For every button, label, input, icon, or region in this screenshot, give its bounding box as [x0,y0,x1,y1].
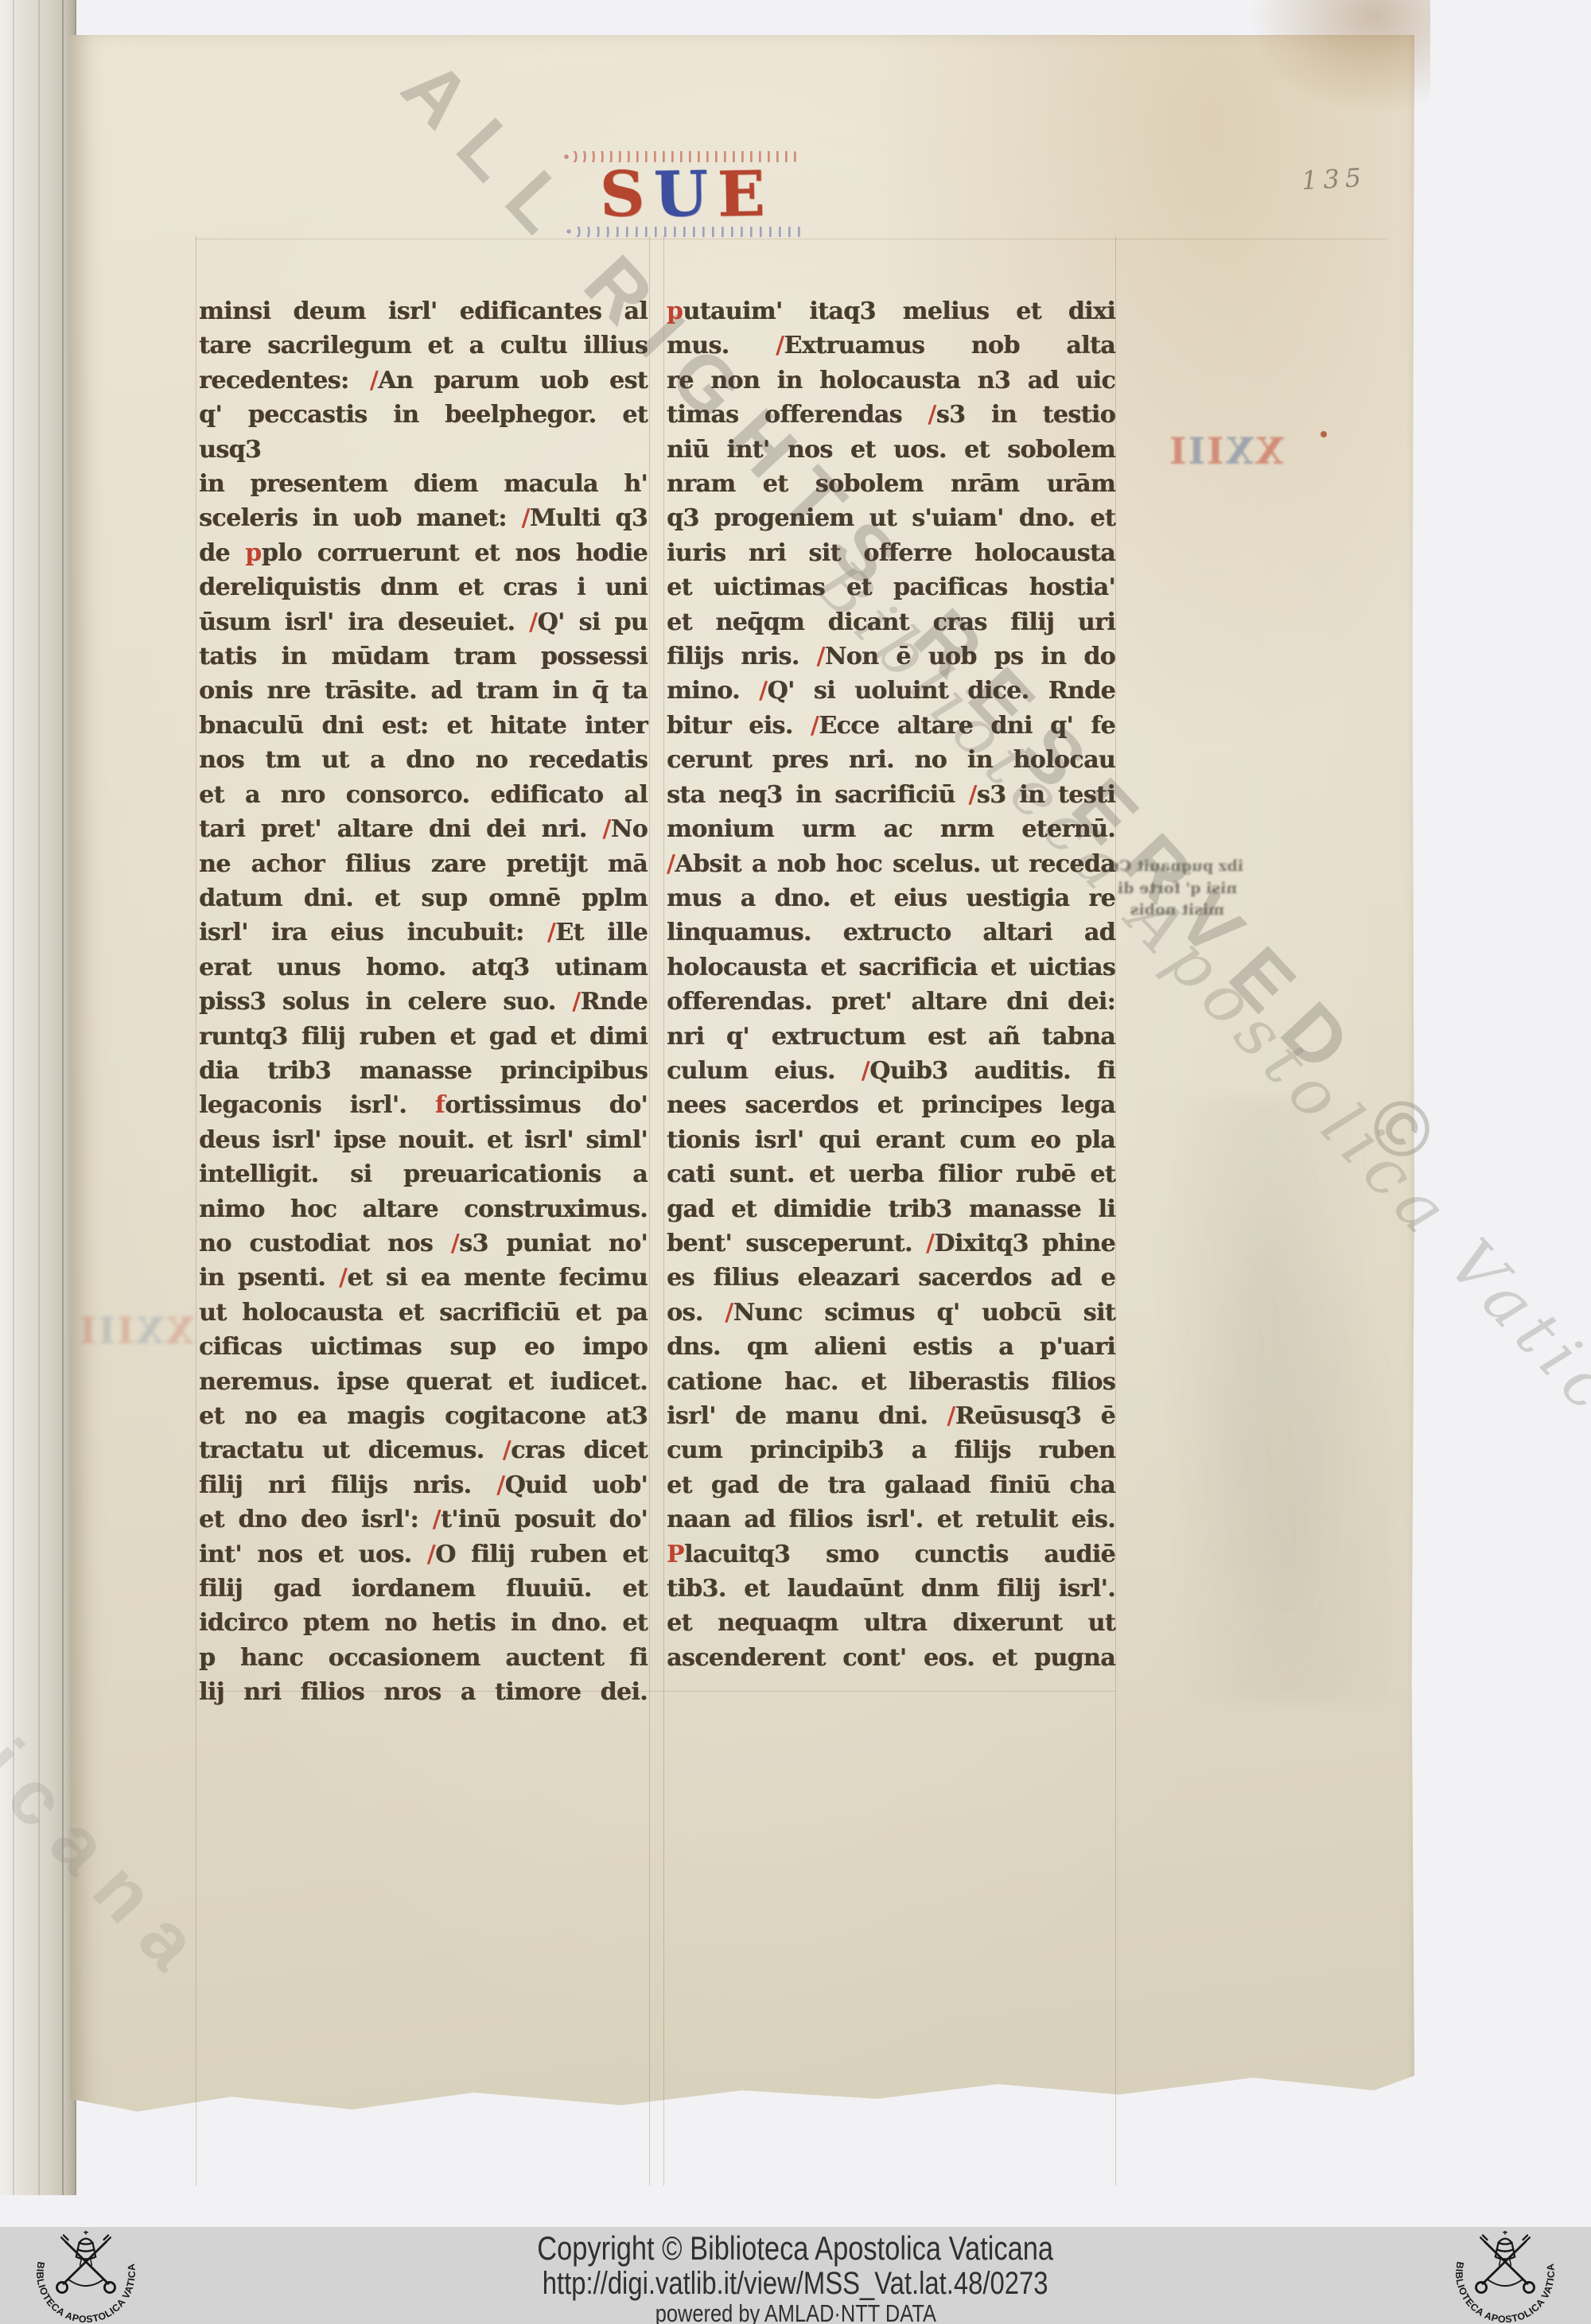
ruling-line [663,235,664,2186]
gloss-line: ibz pugnauit Cr [1107,856,1247,878]
ruling-line [1115,235,1116,2186]
manuscript-line: offerendas. pret' altare dni dei: [667,985,1115,1019]
manuscript-line: onis nre trāsite. ad tram in q̄ ta [199,674,648,708]
manuscript-line: et dno deo isrl': ∕t'inū posuit do' [199,1502,648,1537]
ruling-line [649,235,650,2186]
footer-url: http://digi.vatlib.it/view/MSS_Vat.lat.4… [0,2267,1591,2300]
manuscript-line: dereliquistis dnm et cras i uni [199,570,648,604]
manuscript-line: bnaculū dni est: et hitate inter [199,709,648,743]
manuscript-line: deus isrl' ipse nouit. et isrl' siml' [199,1123,648,1157]
logo-arc-text: BIBLIOTECA APOSTOLICA VATICANA [1453,2261,1557,2322]
running-title-letter: S [594,163,650,226]
gutter-crease [38,0,40,2195]
numeral-letter: X [164,1309,194,1352]
manuscript-line: nos tm ut a dno no recedatis [199,743,648,777]
manuscript-line: mus. ∕Extruamus nob alta [667,328,1115,363]
manuscript-line: int' nos et uos. ∕O filij ruben et [199,1537,648,1572]
manuscript-line: in presentem diem macula h' [199,467,648,501]
manuscript-line: dia trib3 manasse principibus [199,1054,648,1088]
manuscript-line: legaconis isrl'. fortissimus do' [199,1088,648,1122]
manuscript-line: cificas uictimas sup eo impo [199,1330,648,1364]
svg-text:BIBLIOTECA APOSTOLICA VATICANA: BIBLIOTECA APOSTOLICA VATICANA [1453,2261,1557,2322]
manuscript-line: datum dni. et sup omnē pplm [199,881,648,915]
manuscript-line: putauim' itaq3 melius et dixi [667,294,1115,328]
numeral-letter: I [78,1309,97,1352]
manuscript-line: cum principib3 a filijs ruben [667,1433,1115,1467]
manuscript-scan-page: ALL RIGHTS RESERVED © Biblioteca Apostol… [0,0,1591,2324]
manuscript-line: et a nro consorco. edificato al [199,778,648,812]
manuscript-line: et neq̄qm dicant cras filij uri [667,605,1115,639]
manuscript-line: nimo hoc altare construximus. [199,1192,648,1226]
manuscript-line: ut holocausta et sacrificiū et pa [199,1296,648,1330]
ruling-line [196,235,196,2186]
numeral-letter: I [97,1309,116,1352]
manuscript-line: os. ∕Nunc scimus q' uobcū sit [667,1296,1115,1330]
gutter-crease [62,0,64,2195]
manuscript-line: sta neq3 in sacrificiū ∕s3 in testi [667,778,1115,812]
marginal-gloss-showthrough: ibz pugnauit Crnisi q' forte dimisit nob… [1107,856,1247,922]
numeral-letter: I [1205,429,1224,472]
manuscript-line: timas offerendas ∕s3 in testio [667,398,1115,432]
footer-copyright: Copyright © Biblioteca Apostolica Vatica… [0,2230,1591,2267]
manuscript-line: filij gad iordanem fluuiū. et [199,1572,648,1606]
footer-powered-by: powered by AMLAD·NTT DATA [0,2300,1591,2324]
gloss-line: nisi q' forte di [1107,878,1247,900]
manuscript-line: bent' susceperunt. ∕Dixitq3 phine [667,1226,1115,1261]
numeral-letter: I [1187,429,1206,472]
manuscript-line: re non in holocausta n3 ad uic [667,363,1115,398]
text-column-right: putauim' itaq3 melius et diximus. ∕Extru… [667,294,1115,1675]
manuscript-line: sceleris in uob manet: ∕Multi q3 [199,501,648,535]
manuscript-line: minsi deum isrl' edificantes al [199,294,648,328]
manuscript-line: recedentes: ∕An parum uob est [199,363,648,398]
manuscript-line: q3 progeniem ut s'uiam' dno. et [667,501,1115,535]
manuscript-line: cerunt pres nri. no in holocau [667,743,1115,777]
manuscript-line: q' peccastis in beelphegor. et usq3 [199,398,648,467]
manuscript-line: intelligit. si preuaricationis a [199,1157,648,1191]
manuscript-line: piss3 solus in celere suo. ∕Rnde [199,985,648,1019]
numeral-letter: X [1224,429,1255,472]
manuscript-line: mus a dno. et eius uestigia re [667,881,1115,915]
vatican-library-logo: BIBLIOTECA APOSTOLICA VATICANA [1441,2229,1569,2322]
gloss-line: misit nobis [1107,900,1247,922]
gutter-crease [13,0,14,2195]
manuscript-line: holocausta et sacrificia et uictias [667,950,1115,985]
ruling-line [196,239,1387,239]
manuscript-line: naan ad filios isrl'. et retulit eis. [667,1502,1115,1537]
manuscript-line: tatis in mūdam tram possessi [199,639,648,674]
manuscript-line: erat unus homo. atq3 utinam [199,950,648,985]
manuscript-line: nees sacerdos et principes lega [667,1088,1115,1122]
manuscript-line: culum eius. ∕Quib3 auditis. fi [667,1054,1115,1088]
manuscript-line: ascenderent cont' eos. et pugna [667,1641,1115,1675]
manuscript-line: et uictimas et pacificas hostia' [667,570,1115,604]
manuscript-line: ∕Absit a nob hoc scelus. ut receda [667,847,1115,881]
manuscript-line: monium urm ac nrm eternū. [667,812,1115,846]
manuscript-line: nram et sobolem nrām urām [667,467,1115,501]
manuscript-line: ūsum isrl' ira deseuiet. ∕Q' si pu [199,605,648,639]
manuscript-line: tare sacrilegum et a cultu illius [199,328,648,363]
manuscript-line: tib3. et laudaūnt dnm filij isrl'. [667,1572,1115,1606]
manuscript-line: filijs nris. ∕Non ē uob ps in do [667,639,1115,674]
manuscript-line: catione hac. et liberastis filios [667,1365,1115,1399]
running-title-sue: SUE [571,164,794,226]
manuscript-line: idcirco ptem no hetis in dno. et [199,1606,648,1640]
numeral-letter: I [1168,429,1187,472]
manuscript-line: et no ea magis cogitacone at3 [199,1399,648,1433]
running-title-letter: E [713,163,771,226]
book-gutter-edge [0,0,76,2195]
manuscript-line: et nequaqm ultra dixerunt ut [667,1606,1115,1640]
chapter-numeral-showthrough-left: XXIII [78,1309,194,1352]
numeral-letter: I [115,1309,134,1352]
manuscript-line: dns. qm alieni estis a p'uari [667,1330,1115,1364]
running-title-letter: U [649,163,714,226]
manuscript-line: ne achor filius zare pretijt mā [199,847,648,881]
manuscript-line: de pplo corruerunt et nos hodie [199,536,648,570]
manuscript-line: neremus. ipse querat et iudicet. [199,1365,648,1399]
manuscript-line: gad et dimidie trib3 manasse li [667,1192,1115,1226]
manuscript-line: p hanc occasionem auctent fi [199,1641,648,1675]
text-column-left: minsi deum isrl' edificantes altare sacr… [199,294,648,1710]
folio-number: 135 [1301,162,1367,196]
numeral-letter: X [134,1309,165,1352]
manuscript-line: et gad de tra galaad finiū cha [667,1468,1115,1502]
manuscript-line: isrl' de manu dni. ∕Reūsusq3 ē [667,1399,1115,1433]
footer-bar: BIBLIOTECA APOSTOLICA VATICANA Copyright… [0,2227,1591,2324]
manuscript-line: isrl' ira eius incubuit: ∕Et ille [199,915,648,950]
manuscript-line: tionis isrl' qui erant cum eo pla [667,1123,1115,1157]
manuscript-line: bitur eis. ∕Ecce altare dni q' fe [667,709,1115,743]
manuscript-line: cati sunt. et uerba filior rubē et [667,1157,1115,1191]
manuscript-line: Placuitq3 smo cunctis audiē [667,1537,1115,1572]
manuscript-line: linquamus. extructo altari ad [667,915,1115,950]
manuscript-line: es filius eleazari sacerdos ad e [667,1261,1115,1295]
manuscript-line: niū int' nos et uos. et sobolem [667,433,1115,467]
manuscript-line: iuris nri sit offerre holocausta [667,536,1115,570]
manuscript-line: in psenti. ∕et si ea mente fecimu [199,1261,648,1295]
manuscript-line: tari pret' altare dni dei nri. ∕No [199,812,648,846]
footer-text: Copyright © Biblioteca Apostolica Vatica… [0,2230,1591,2324]
manuscript-line: no custodiat nos ∕s3 puniat no' [199,1226,648,1261]
manuscript-line: filij nri filijs nris. ∕Quid uob' [199,1468,648,1502]
chapter-numeral-showthrough-right: XXIII [1168,429,1284,472]
manuscript-line: runtq3 filij ruben et gad et dimi [199,1020,648,1054]
numeral-letter: X [1254,429,1284,472]
manuscript-line: lij nri filios nros a timore dei. [199,1675,648,1709]
manuscript-line: nri q' extructum est añ tabna [667,1020,1115,1054]
manuscript-line: tractatu ut dicemus. ∕cras dicet [199,1433,648,1467]
manuscript-line: mino. ∕Q' si uoluint dice. Rnde [667,674,1115,708]
